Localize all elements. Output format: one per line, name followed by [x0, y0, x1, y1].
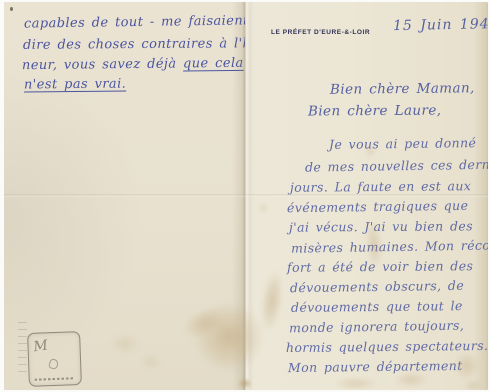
body-line: dévouements que tout le: [291, 300, 463, 314]
paper-speck: [10, 7, 13, 11]
horizontal-fold-crease: [4, 194, 488, 197]
stamp-illegible-text: [35, 377, 75, 381]
body-line: j'ai vécus. J'ai vu bien des: [289, 220, 473, 234]
body-line: misères humaines. Mon récon-: [291, 239, 488, 255]
body-line: Je vous ai peu donné: [329, 137, 476, 151]
body-line: dévouements obscurs, de: [290, 280, 464, 295]
handwriting-line: capables de tout - me faisaient: [24, 14, 249, 30]
date-handwritten: 15 Juin 1940.: [393, 17, 488, 33]
body-line: de mes nouvelles ces derniers: [305, 158, 488, 174]
handwriting-text-underlined: n'est pas vrai.: [24, 77, 126, 93]
body-line: Mon pauvre département: [288, 360, 463, 375]
stamp-scribble-mark: [48, 358, 59, 370]
letterhead-text: LE PRÉFET D'EURE-&-LOIR: [271, 29, 370, 36]
handwriting-line: n'est pas vrai.: [24, 78, 126, 92]
letter-spread: capables de tout - me faisaient dire des…: [4, 2, 488, 390]
handwriting-line: neur, vous savez déjà que cela: [22, 57, 244, 72]
salutation-line: Bien chère Maman,: [330, 82, 475, 97]
body-line: fort a été de voir bien des: [287, 260, 473, 274]
stamp-monogram: M: [33, 338, 49, 356]
body-line: monde ignorera toujours,: [289, 320, 464, 335]
stain: [140, 354, 162, 370]
handwriting-text: capables de tout - me faisaient: [24, 13, 249, 31]
body-line: hormis quelques spectateurs.: [286, 340, 488, 355]
pencil-marks: [18, 322, 27, 374]
body-line: événements tragiques que: [287, 200, 469, 215]
body-line: jours. La faute en est aux: [290, 180, 471, 194]
collector-stamp: M: [27, 331, 82, 387]
handwriting-text: neur, vous savez déjà: [22, 56, 183, 73]
stain: [110, 334, 140, 354]
salutation-line: Bien chère Laure,: [308, 105, 442, 119]
